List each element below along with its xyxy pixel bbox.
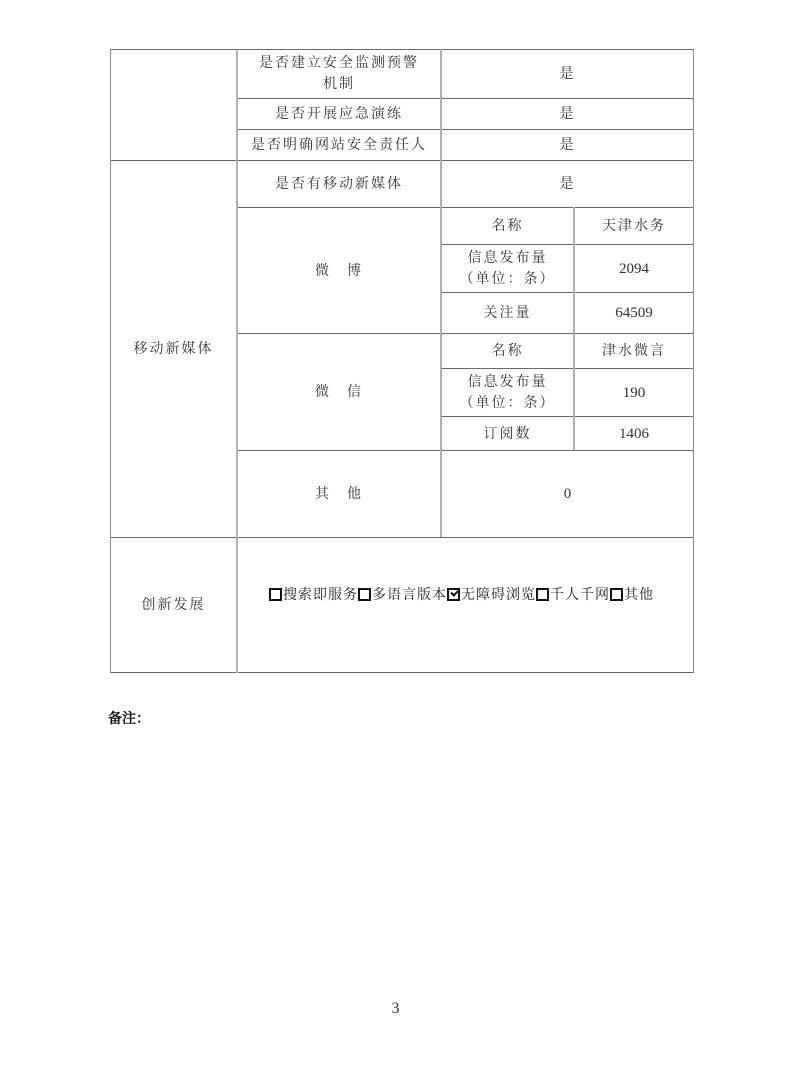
option-label: 千人千网 xyxy=(550,584,610,604)
option-label: 其他 xyxy=(624,584,654,604)
innovation-options: 搜索即服务 多语言版本 无障碍浏览 千人千网 其他 xyxy=(269,584,654,604)
emergency-drill-value: 是 xyxy=(442,99,693,129)
other-media-label: 其 他 xyxy=(238,451,440,537)
checkbox-other[interactable] xyxy=(610,588,623,601)
option-label: 搜索即服务 xyxy=(283,584,358,604)
security-monitoring-label: 是否建立安全监测预警 机制 xyxy=(238,50,440,98)
weibo-posts-value: 2094 xyxy=(575,245,693,292)
checkbox-personalized[interactable] xyxy=(536,588,549,601)
label-line: 信息发布量 xyxy=(468,372,548,393)
checkbox-search-as-service[interactable] xyxy=(269,588,282,601)
innovation-section-label: 创新发展 xyxy=(111,538,236,672)
report-table: 是否建立安全监测预警 机制 是 是否开展应急演练 是 是否明确网站安全责任人 是… xyxy=(110,49,694,673)
checkbox-accessibility[interactable] xyxy=(447,588,460,601)
has-mobile-media-value: 是 xyxy=(442,161,693,207)
note-label: 备注： xyxy=(108,708,150,728)
has-mobile-media-label: 是否有移动新媒体 xyxy=(238,161,440,207)
weibo-posts-label: 信息发布量 （单位：条） xyxy=(442,245,573,292)
security-officer-label: 是否明确网站安全责任人 xyxy=(238,130,440,160)
option-label: 多语言版本 xyxy=(372,584,447,604)
wechat-posts-label: 信息发布量 （单位：条） xyxy=(442,369,573,416)
security-monitoring-value: 是 xyxy=(442,50,693,98)
option-label: 无障碍浏览 xyxy=(461,584,536,604)
wechat-name-label: 名称 xyxy=(442,334,573,368)
label-line: （单位：条） xyxy=(460,393,556,414)
emergency-drill-label: 是否开展应急演练 xyxy=(238,99,440,129)
weibo-name-label: 名称 xyxy=(442,208,573,244)
other-media-value: 0 xyxy=(442,451,693,537)
document-page: 是否建立安全监测预警 机制 是 是否开展应急演练 是 是否明确网站安全责任人 是… xyxy=(0,0,791,1074)
security-officer-value: 是 xyxy=(442,130,693,160)
weibo-label: 微 博 xyxy=(238,208,440,333)
wechat-name-value: 津水微言 xyxy=(575,334,693,368)
label-line: 机制 xyxy=(323,74,355,95)
label-line: 是否建立安全监测预警 xyxy=(259,53,419,74)
weibo-followers-value: 64509 xyxy=(575,293,693,333)
checkbox-multilingual[interactable] xyxy=(358,588,371,601)
weibo-followers-label: 关注量 xyxy=(442,293,573,333)
wechat-subscribers-label: 订阅数 xyxy=(442,417,573,450)
label-line: 信息发布量 xyxy=(468,248,548,269)
wechat-posts-value: 190 xyxy=(575,369,693,416)
page-number: 3 xyxy=(0,1000,791,1018)
weibo-name-value: 天津水务 xyxy=(575,208,693,244)
mobile-media-section-label: 移动新媒体 xyxy=(111,161,236,537)
wechat-label: 微 信 xyxy=(238,334,440,450)
wechat-subscribers-value: 1406 xyxy=(575,417,693,450)
label-line: （单位：条） xyxy=(460,269,556,290)
